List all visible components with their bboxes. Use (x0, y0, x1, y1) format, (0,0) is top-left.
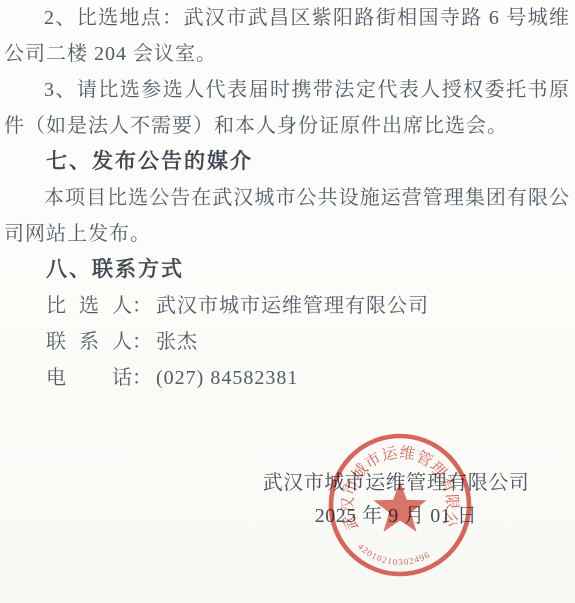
contact-value-person-name: 张杰 (152, 331, 198, 353)
heading-announcement-media: 七、发布公告的媒介 (4, 144, 570, 180)
contact-row-phone: 电话：(027) 84582381 (4, 360, 570, 396)
signature-date: 2025 年 9 月 01 日 (260, 501, 532, 531)
contact-colon: ： (132, 360, 152, 396)
contact-colon: ： (132, 324, 152, 360)
contact-row-selector: 比选人：武汉市城市运维管理有限公司 (4, 288, 570, 324)
contact-label-selector: 比选人 (46, 288, 132, 324)
heading-contact-info: 八、联系方式 (4, 252, 570, 288)
paragraph-bid-location: 2、比选地点：武汉市武昌区紫阳路街相国寺路 6 号城维公司二楼 204 会议室。 (4, 0, 570, 72)
paragraph-announcement-media: 本项目比选公告在武汉城市公共设施运营管理集团有限公司网站上发布。 (4, 180, 570, 252)
paragraph-representative-requirements: 3、请比选参选人代表届时携带法定代表人授权委托书原件（如是法人不需要）和本人身份… (4, 72, 570, 144)
contact-value-selector-company: 武汉市城市运维管理有限公司 (152, 295, 429, 317)
signature-company-name: 武汉市城市运维管理有限公司 (260, 468, 532, 498)
document-body: 2、比选地点：武汉市武昌区紫阳路街相国寺路 6 号城维公司二楼 204 会议室。… (0, 0, 575, 396)
contact-colon: ： (132, 288, 152, 324)
contact-value-phone-number: (027) 84582381 (152, 367, 298, 389)
signature-block: 武汉市城市运维管理有限公司 2025 年 9 月 01 日 (260, 468, 532, 531)
contact-label-phone: 电话 (46, 360, 132, 396)
seal-serial-number: 42010210302496 (356, 541, 432, 567)
contact-row-person: 联系人：张杰 (4, 324, 570, 360)
document-page: 2、比选地点：武汉市武昌区紫阳路街相国寺路 6 号城维公司二楼 204 会议室。… (0, 0, 575, 603)
contact-label-person: 联系人 (46, 324, 132, 360)
